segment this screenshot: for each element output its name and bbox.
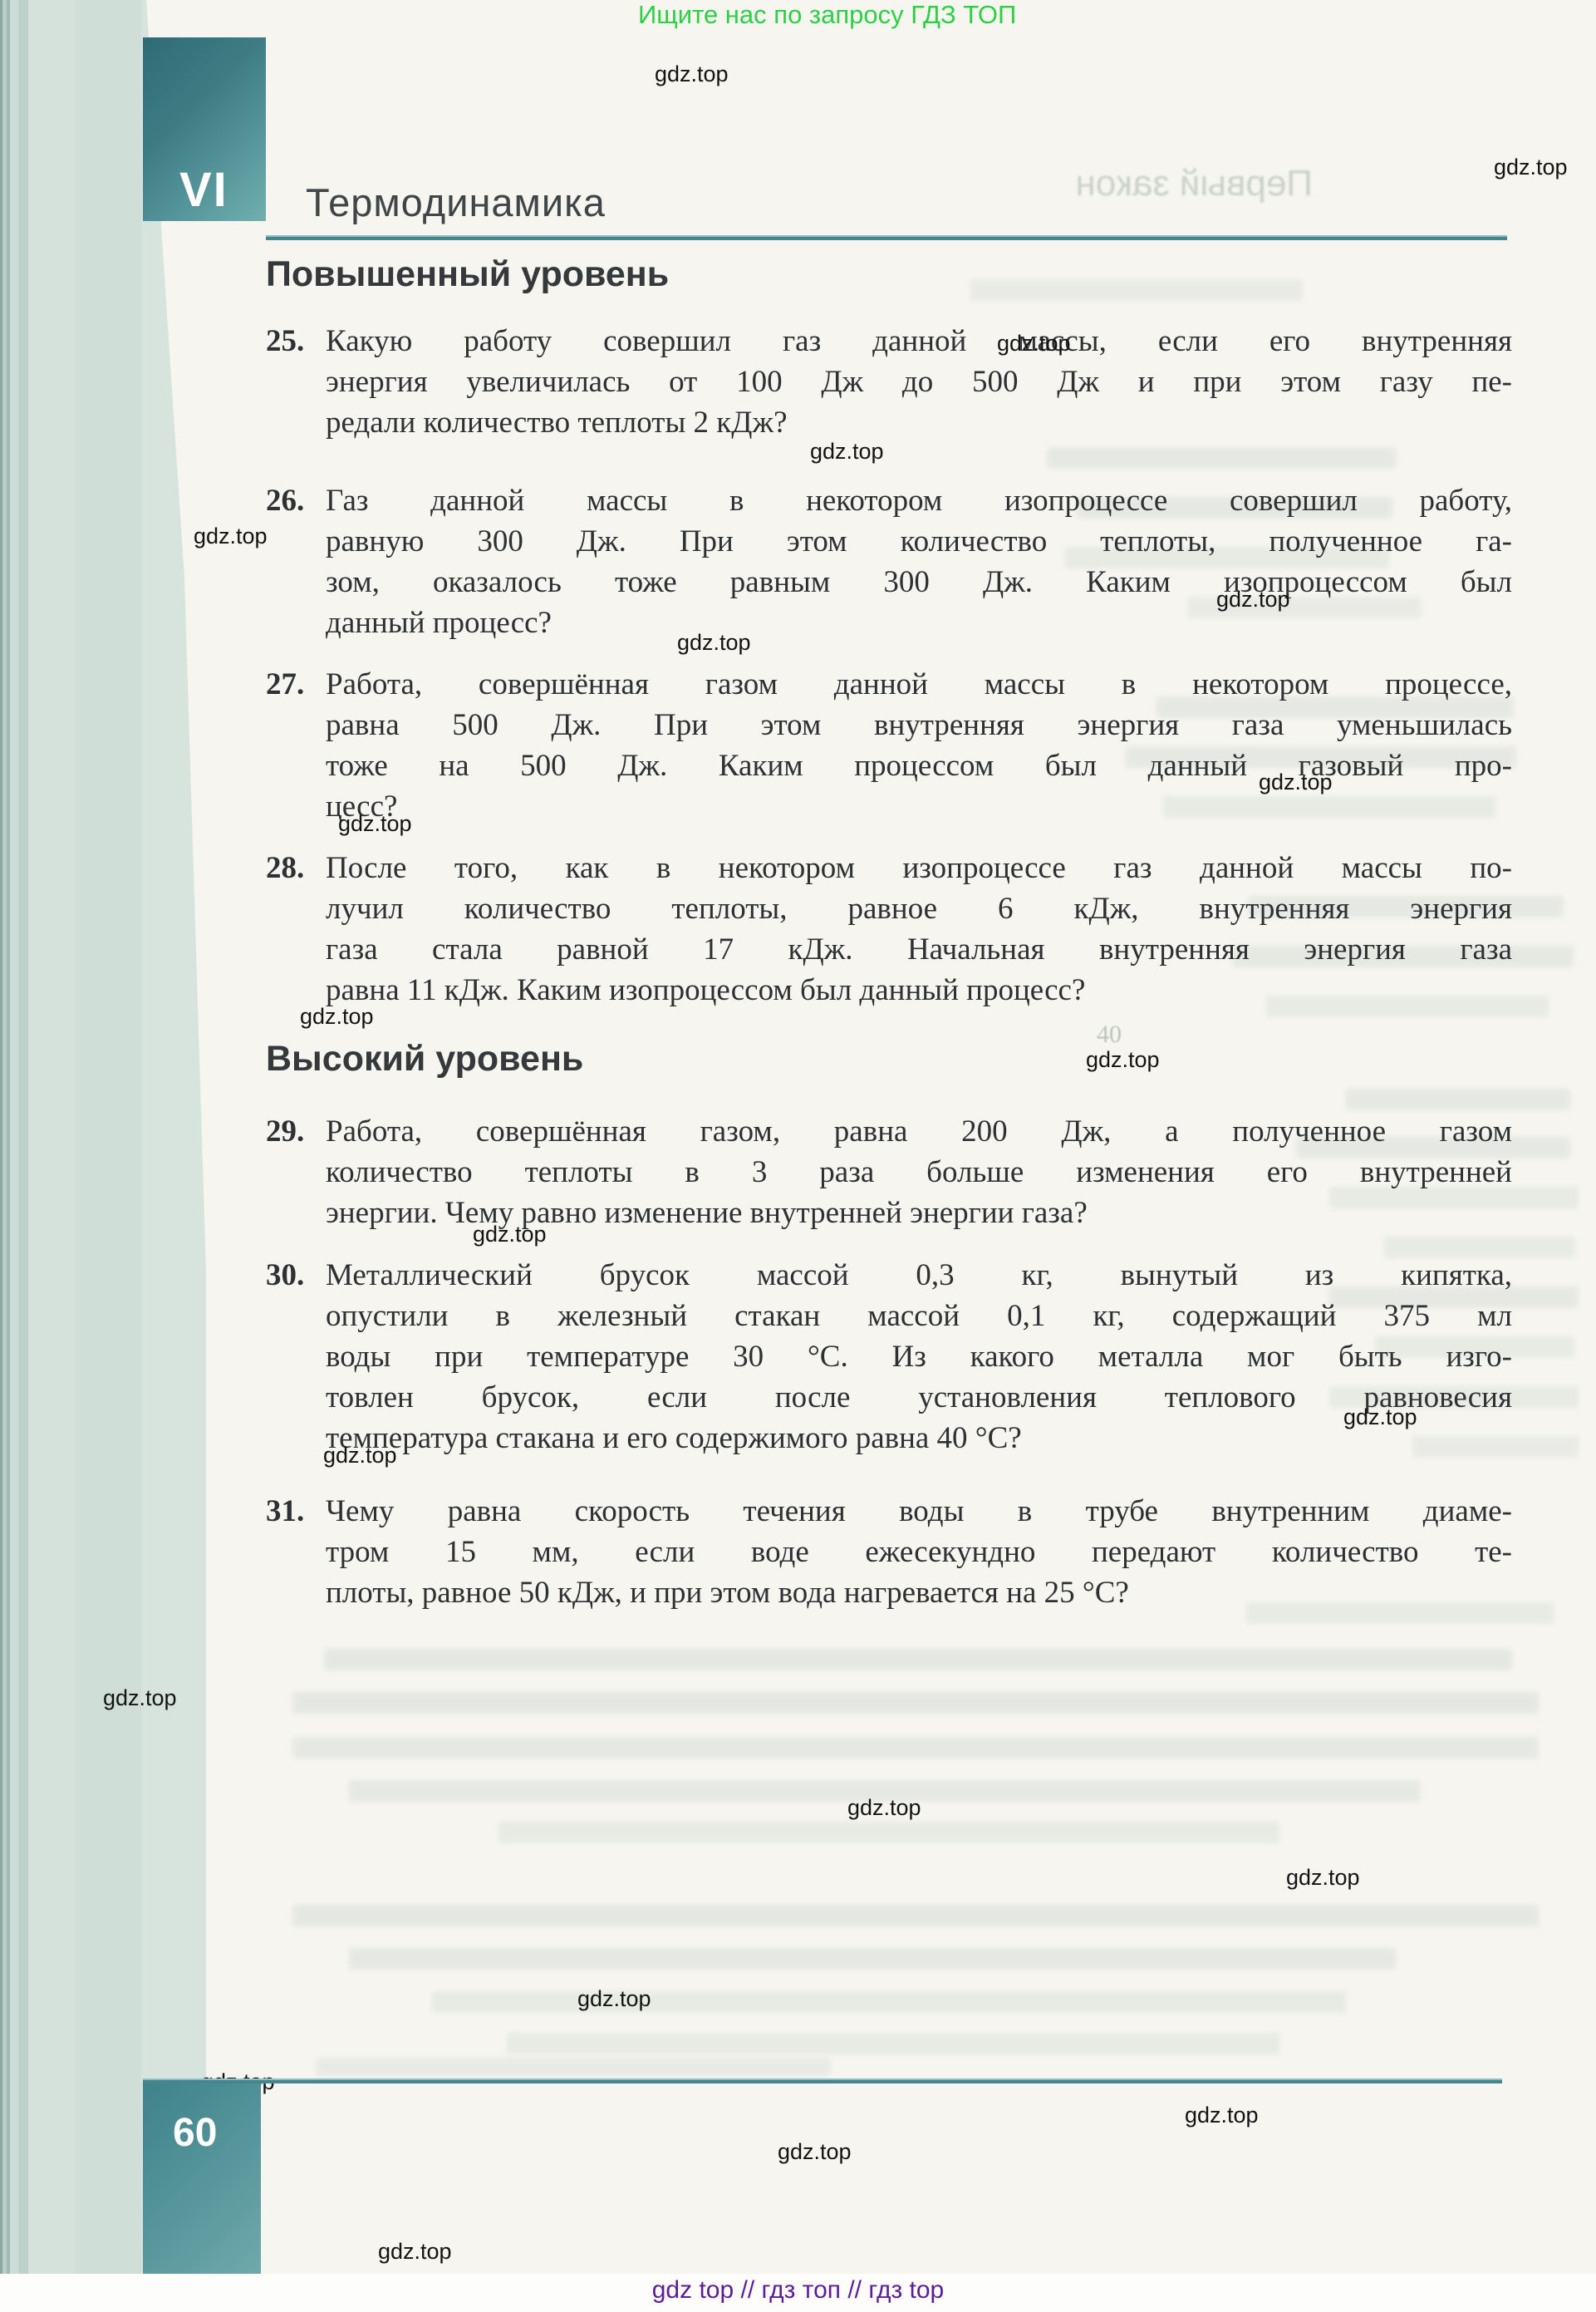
problem-text: Работа, совершённая газом данной массы в… — [326, 664, 1512, 827]
problem-line: газа стала равной 17 кДж. Начальная внут… — [326, 929, 1512, 970]
page-number-box: 60 — [143, 2083, 261, 2274]
problem-line: Чему равна скорость течения воды в трубе… — [326, 1491, 1512, 1532]
problem-line: После того, как в некотором изопроцессе … — [326, 848, 1512, 888]
chapter-badge: VI — [143, 37, 266, 221]
gdz-watermark: gdz.top — [338, 811, 412, 837]
gdz-watermark: gdz.top — [997, 331, 1071, 357]
problem-text: Работа, совершённая газом, равна 200 Дж,… — [326, 1111, 1512, 1233]
problem-item: 27.Работа, совершённая газом данной масс… — [266, 664, 1512, 827]
problem-text: Какую работу совершил газ данной массы, … — [326, 321, 1512, 443]
bleedthrough-text-bar — [349, 1948, 1396, 1970]
gdz-watermark: gdz.top — [1343, 1404, 1417, 1430]
problem-line: тром 15 мм, если воде ежесекундно переда… — [326, 1532, 1512, 1572]
problem-text: Металлический брусок массой 0,3 кг, выну… — [326, 1255, 1512, 1459]
problem-line: Металлический брусок массой 0,3 кг, выну… — [326, 1255, 1512, 1296]
gdz-watermark: gdz.top — [577, 1986, 651, 2012]
problem-line: лучил количество теплоты, равное 6 кДж, … — [326, 888, 1512, 929]
header-rule — [266, 235, 1507, 240]
problem-text: Чему равна скорость течения воды в трубе… — [326, 1491, 1512, 1613]
gdz-watermark: gdz.top — [655, 61, 729, 87]
problem-line: энергия увеличилась от 100 Дж до 500 Дж … — [326, 362, 1512, 402]
problem-number: 31. — [266, 1491, 304, 1532]
problem-text: Газ данной массы в некотором изопроцессе… — [326, 480, 1512, 643]
gdz-watermark: gdz.top — [677, 630, 751, 656]
problem-item: 28.После того, как в некотором изопроцес… — [266, 848, 1512, 1011]
problem-item: 25.Какую работу совершил газ данной масс… — [266, 321, 1512, 443]
gdz-watermark: gdz.top — [103, 1685, 177, 1711]
gdz-watermark: gdz.top — [1494, 155, 1568, 180]
problem-text: После того, как в некотором изопроцессе … — [326, 848, 1512, 1011]
bleedthrough-text-bar — [970, 279, 1303, 301]
section-heading: Повышенный уровень — [266, 254, 669, 295]
page-number: 60 — [173, 2110, 217, 2156]
footer-rule — [143, 2078, 1502, 2083]
problem-line: количество теплоты в 3 раза больше измен… — [326, 1152, 1512, 1193]
problem-line: зом, оказалось тоже равным 300 Дж. Каким… — [326, 562, 1512, 603]
gdz-watermark: gdz.top — [778, 2139, 852, 2165]
gdz-watermark: gdz.top — [1216, 587, 1290, 612]
gdz-watermark: gdz.top — [1259, 770, 1333, 795]
problem-line: плоты, равное 50 кДж, и при этом вода на… — [326, 1572, 1512, 1613]
bleedthrough-text-bar — [292, 1905, 1539, 1926]
problem-line: воды при температуре 30 °С. Из какого ме… — [326, 1336, 1512, 1377]
bleedthrough-mirrored-title: Первый закон — [897, 163, 1313, 204]
bleedthrough-text-bar — [1047, 447, 1396, 469]
bleedthrough-text-bar — [292, 1692, 1539, 1714]
bleedthrough-text-bar — [498, 1822, 1279, 1843]
problem-number: 29. — [266, 1111, 304, 1152]
gdz-watermark: gdz.top — [378, 2239, 452, 2265]
problem-item: 31.Чему равна скорость течения воды в тр… — [266, 1491, 1512, 1613]
gdz-watermark: gdz.top — [300, 1004, 374, 1030]
problem-number: 26. — [266, 480, 304, 521]
gdz-watermark: gdz.top — [847, 1795, 921, 1821]
gdz-watermark: gdz.top — [323, 1443, 397, 1468]
bleedthrough-text-bar — [1346, 1089, 1570, 1110]
problem-number: 28. — [266, 848, 304, 888]
gdz-watermark: gdz.top — [1086, 1047, 1160, 1073]
bleedthrough-text-bar — [432, 1991, 1346, 2013]
problem-line: Работа, совершённая газом, равна 200 Дж,… — [326, 1111, 1512, 1152]
problem-item: 26.Газ данной массы в некотором изопроце… — [266, 480, 1512, 643]
gdz-watermark: gdz.top — [810, 439, 884, 465]
section-heading: Высокий уровень — [266, 1039, 583, 1080]
chapter-number: VI — [179, 162, 228, 218]
bleedthrough-text-bar — [507, 2033, 1279, 2054]
problem-line: редали количество теплоты 2 кДж? — [326, 402, 1512, 443]
gdz-watermark: gdz.top — [1286, 1865, 1360, 1891]
scanned-textbook-page: Первый закон 40 VI Термодинамика Ищите н… — [0, 0, 1596, 2312]
problem-number: 27. — [266, 664, 304, 705]
chapter-title: Термодинамика — [306, 180, 606, 225]
book-gutter-strip — [0, 0, 208, 2312]
problem-number: 30. — [266, 1255, 304, 1296]
bleedthrough-axis-number: 40 — [1097, 1021, 1122, 1049]
problem-line: товлен брусок, если после установления т… — [326, 1377, 1512, 1418]
problem-number: 25. — [266, 321, 304, 362]
promo-text-bottom: gdz top // гдз топ // гдз top — [0, 2276, 1596, 2305]
problem-line: опустили в железный стакан массой 0,1 кг… — [326, 1296, 1512, 1336]
bleedthrough-text-bar — [324, 1649, 1512, 1670]
problem-line: равную 300 Дж. При этом количество тепло… — [326, 521, 1512, 562]
problem-line: данный процесс? — [326, 603, 1512, 643]
problem-line: Какую работу совершил газ данной массы, … — [326, 321, 1512, 362]
promo-text-top: Ищите нас по запросу ГДЗ ТОП — [638, 0, 1016, 30]
problem-item: 30.Металлический брусок массой 0,3 кг, в… — [266, 1255, 1512, 1459]
problem-line: Работа, совершённая газом данной массы в… — [326, 664, 1512, 705]
problem-line: равна 500 Дж. При этом внутренняя энерги… — [326, 705, 1512, 745]
problem-line: температура стакана и его содержимого ра… — [326, 1418, 1512, 1459]
problem-item: 29.Работа, совершённая газом, равна 200 … — [266, 1111, 1512, 1233]
gdz-watermark: gdz.top — [194, 524, 268, 549]
gdz-watermark: gdz.top — [1185, 2103, 1259, 2128]
problem-line: цесс? — [326, 786, 1512, 827]
gdz-watermark: gdz.top — [473, 1222, 547, 1247]
bleedthrough-text-bar — [316, 2058, 831, 2076]
problem-line: равна 11 кДж. Каким изопроцессом был дан… — [326, 970, 1512, 1011]
problem-line: Газ данной массы в некотором изопроцессе… — [326, 480, 1512, 521]
bleedthrough-text-bar — [292, 1737, 1539, 1759]
problem-line: тоже на 500 Дж. Каким процессом был данн… — [326, 745, 1512, 786]
